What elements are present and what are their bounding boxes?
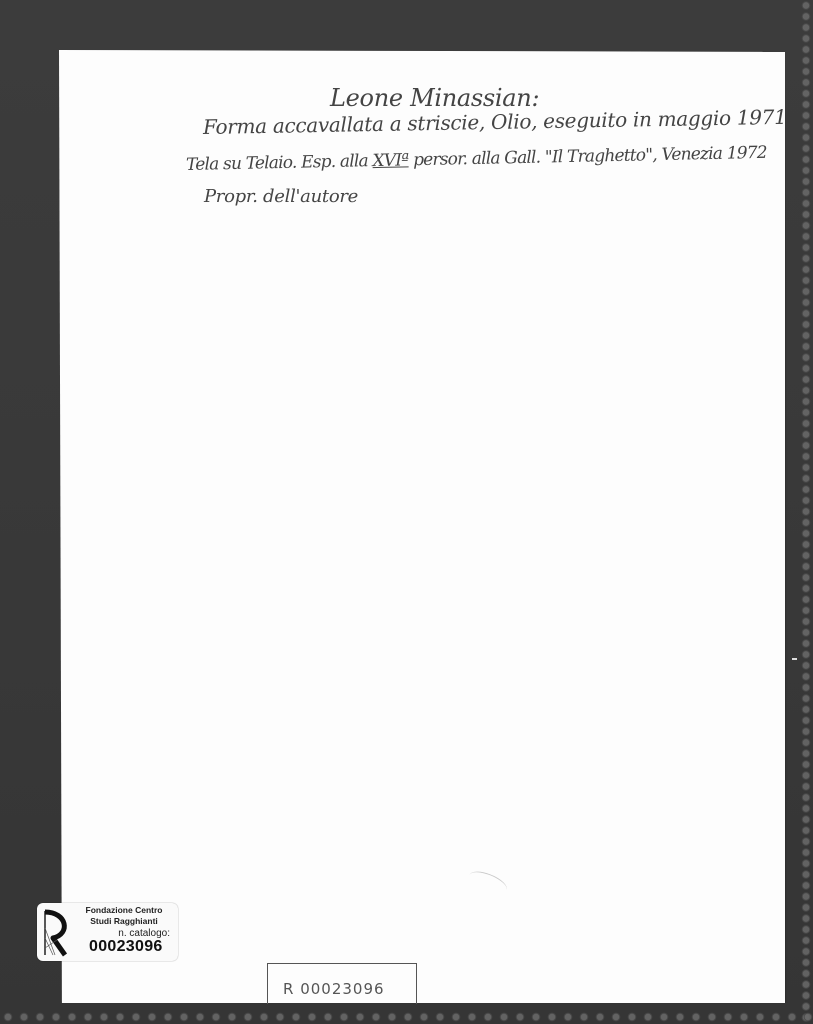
perforated-edge-right [799, 0, 813, 1024]
perforated-edge-bottom [0, 1010, 813, 1024]
handwritten-ownership: Propr. dell'autore [204, 186, 358, 207]
handwritten-artist-name: Leone Minassian: [330, 84, 539, 112]
stamp-number: R 00023096 [283, 980, 385, 998]
edge-mark [792, 658, 797, 660]
exhibition-number: XVIª [372, 150, 408, 171]
exhibition-prefix: Tela su Telaio. Esp. alla [186, 151, 373, 175]
organization-line2: Studi Ragghianti [78, 916, 170, 927]
organization-line1: Fondazione Centro [78, 905, 170, 916]
ragghianti-logo-icon [41, 908, 71, 958]
label-organization: Fondazione Centro Studi Ragghianti [78, 905, 170, 927]
paper-sheet [59, 50, 785, 1003]
archive-label: Fondazione Centro Studi Ragghianti n. ca… [37, 903, 178, 961]
catalog-number: 00023096 [89, 938, 163, 956]
